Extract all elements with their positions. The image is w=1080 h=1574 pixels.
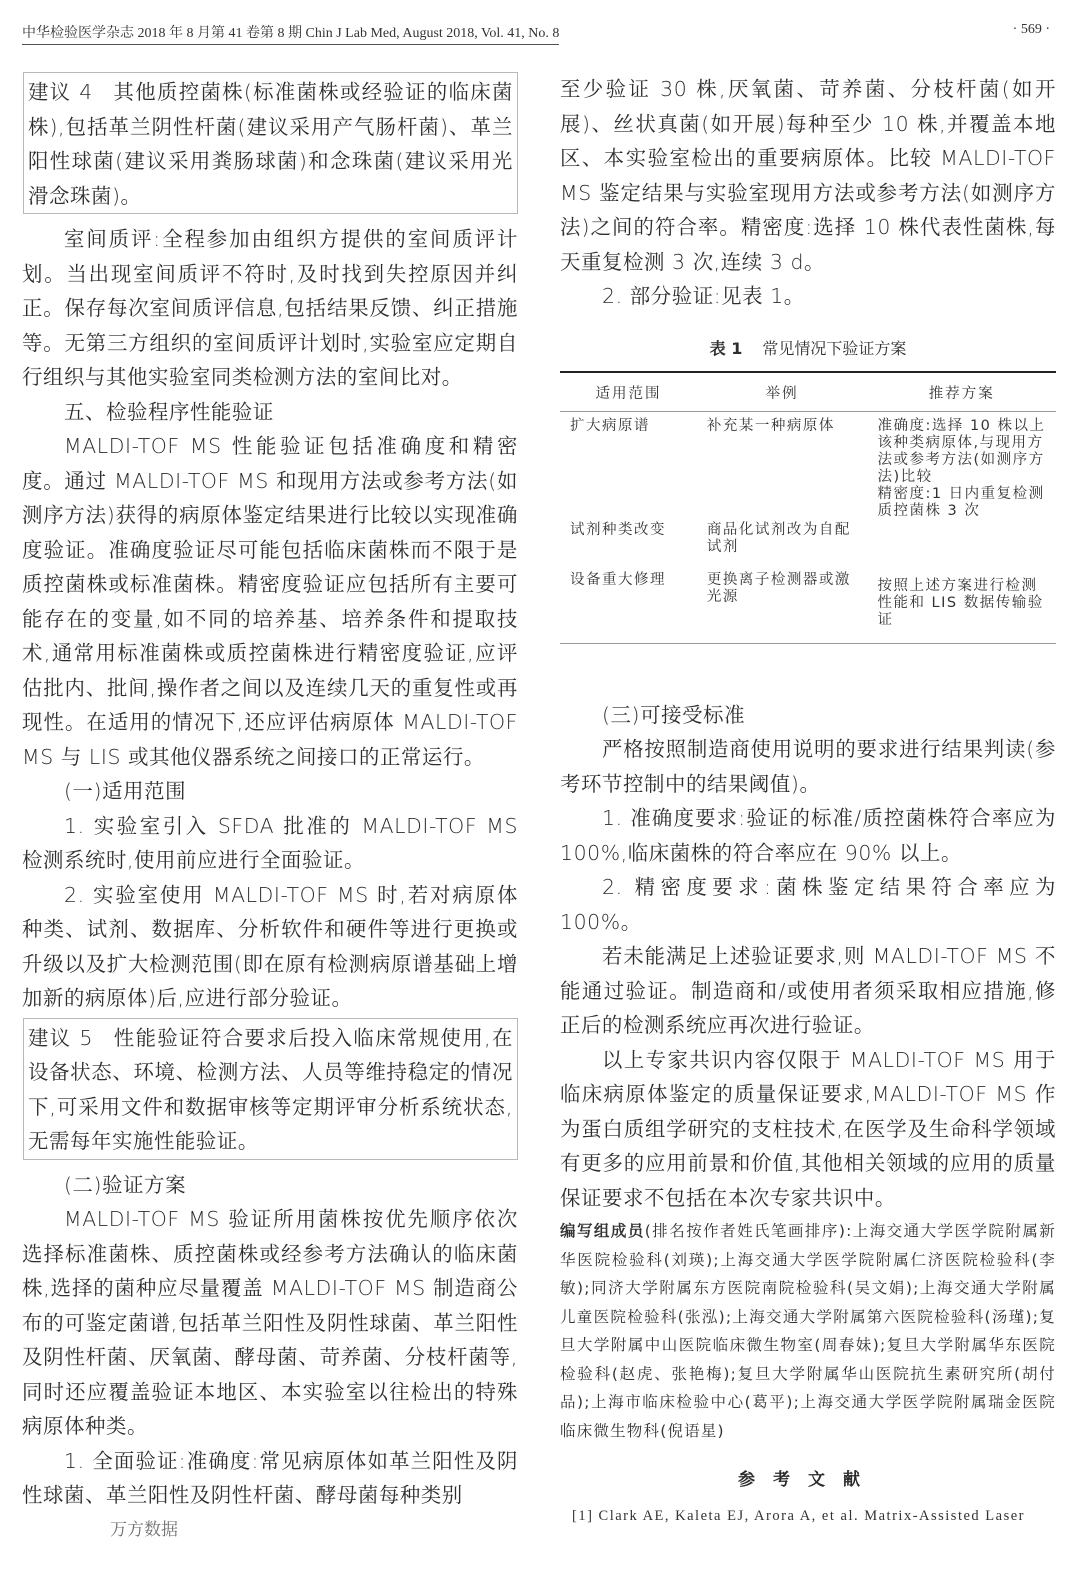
criteria-item-2: 2. 精密度要求:菌株鉴定结果符合率应为 100%。	[560, 870, 1056, 939]
scope-item-1: 1. 实验室引入 SFDA 批准的 MALDI-TOF MS 检测系统时,使用前…	[22, 809, 518, 878]
table-cell: 商品化试剂改为自配试剂	[697, 520, 868, 556]
recommendation-4-box: 建议 4其他质控菌株(标准菌株或经验证的临床菌株),包括革兰阴性杆菌(建议采用产…	[23, 72, 518, 214]
section-5-heading: 五、检验程序性能验证	[22, 395, 518, 430]
column-header-recommendation: 推荐方案	[867, 372, 1056, 412]
right-column: 至少验证 30 株,厌氧菌、苛养菌、分枝杆菌(如开展)、丝状真菌(如开展)每种至…	[560, 72, 1056, 1525]
page-number: · 569 ·	[1013, 22, 1050, 38]
plan-paragraph: MALDI-TOF MS 验证所用菌株按优先顺序依次选择标准菌株、质控菌株或经参…	[22, 1202, 518, 1444]
reference-item: [1] Clark AE, Kaleta EJ, Arora A, et al.…	[560, 1508, 1056, 1525]
table-1-grid: 适用范围 举例 推荐方案 扩大病原谱 补充某一种病原体 准确度:选择 10 株以…	[560, 371, 1056, 644]
scope-limit-paragraph: 以上专家共识内容仅限于 MALDI-TOF MS 用于临床病原体鉴定的质量保证要…	[560, 1043, 1056, 1216]
table-cell: 设备重大修理	[560, 556, 697, 644]
recommendation-5-text: 建议 5性能验证符合要求后投入临床常规使用,在设备状态、环境、检测方法、人员等维…	[28, 1021, 513, 1159]
table-cell: 扩大病原谱	[560, 411, 697, 520]
criteria-heading: (三)可接受标准	[560, 698, 1056, 733]
plan-item-1-continued: 至少验证 30 株,厌氧菌、苛养菌、分枝杆菌(如开展)、丝状真菌(如开展)每种至…	[560, 72, 1056, 279]
table-1-label: 表 1	[710, 339, 743, 358]
table-header-row: 适用范围 举例 推荐方案	[560, 372, 1056, 412]
running-header: 中华检验医学杂志 2018 年 8 月第 41 卷第 8 期 Chin J La…	[22, 18, 1062, 44]
criteria-item-1: 1. 准确度要求:验证的标准/质控菌株符合率应为 100%,临床菌株的符合率应在…	[560, 801, 1056, 870]
table-row: 扩大病原谱 补充某一种病原体 准确度:选择 10 株以上该种类病原体,与现用方法…	[560, 411, 1056, 520]
plan-item-1-start: 1. 全面验证:准确度:常见病原体如革兰阳性及阴性球菌、革兰阳性及阴性杆菌、酵母…	[22, 1444, 518, 1513]
table-cell: 更换离子检测器或激光源	[697, 556, 868, 644]
table-1: 表 1常见情况下验证方案 适用范围 举例 推荐方案 扩大病原谱 补充某一种病原体…	[560, 336, 1056, 644]
watermark: 万方数据	[110, 1515, 178, 1540]
column-header-scope: 适用范围	[560, 372, 697, 412]
references-heading: 参考文献	[560, 1465, 1056, 1490]
recommendation-4-label: 建议 4	[28, 80, 93, 104]
recommendation-4-text: 建议 4其他质控菌株(标准菌株或经验证的临床菌株),包括革兰阴性杆菌(建议采用产…	[28, 75, 513, 213]
plan-item-2: 2. 部分验证:见表 1。	[560, 279, 1056, 314]
table-1-caption: 表 1常见情况下验证方案	[560, 336, 1056, 359]
author-group: 编写组成员(排名按作者姓氏笔画排序):上海交通大学医学院附属新华医院检验科(刘瑛…	[560, 1217, 1056, 1445]
table-cell	[867, 520, 1056, 556]
table-row: 设备重大修理 更换离子检测器或激光源 按照上述方案进行检测性能和 LIS 数据传…	[560, 556, 1056, 644]
table-row: 试剂种类改变 商品化试剂改为自配试剂	[560, 520, 1056, 556]
criteria-paragraph: 严格按照制造商使用说明的要求进行结果判读(参考环节控制中的结果阈值)。	[560, 732, 1056, 801]
journal-citation: 中华检验医学杂志 2018 年 8 月第 41 卷第 8 期 Chin J La…	[22, 22, 559, 45]
recommendation-5-box: 建议 5性能验证符合要求后投入临床常规使用,在设备状态、环境、检测方法、人员等维…	[23, 1018, 518, 1160]
left-column: 建议 4其他质控菌株(标准菌株或经验证的临床菌株),包括革兰阴性杆菌(建议采用产…	[22, 72, 518, 1513]
failure-paragraph: 若未能满足上述验证要求,则 MALDI-TOF MS 不能通过验证。制造商和/或…	[560, 939, 1056, 1043]
table-cell: 补充某一种病原体	[697, 411, 868, 520]
plan-heading: (二)验证方案	[22, 1168, 518, 1203]
author-group-list: (排名按作者姓氏笔画排序):上海交通大学医学院附属新华医院检验科(刘瑛);上海交…	[560, 1222, 1056, 1440]
table-cell: 试剂种类改变	[560, 520, 697, 556]
author-group-label: 编写组成员	[560, 1222, 645, 1240]
table-cell: 按照上述方案进行检测性能和 LIS 数据传输验证	[867, 556, 1056, 644]
scope-item-2: 2. 实验室使用 MALDI-TOF MS 时,若对病原体种类、试剂、数据库、分…	[22, 878, 518, 1016]
column-header-example: 举例	[697, 372, 868, 412]
table-1-title: 常见情况下验证方案	[762, 339, 906, 358]
section-5-paragraph: MALDI-TOF MS 性能验证包括准确度和精密度。通过 MALDI-TOF …	[22, 429, 518, 774]
recommendation-5-label: 建议 5	[28, 1026, 93, 1050]
eqa-paragraph: 室间质评:全程参加由组织方提供的室间质评计划。当出现室间质评不符时,及时找到失控…	[22, 222, 518, 395]
table-cell: 准确度:选择 10 株以上该种类病原体,与现用方法或参考方法(如测序方法)比较 …	[867, 411, 1056, 520]
scope-heading: (一)适用范围	[22, 774, 518, 809]
